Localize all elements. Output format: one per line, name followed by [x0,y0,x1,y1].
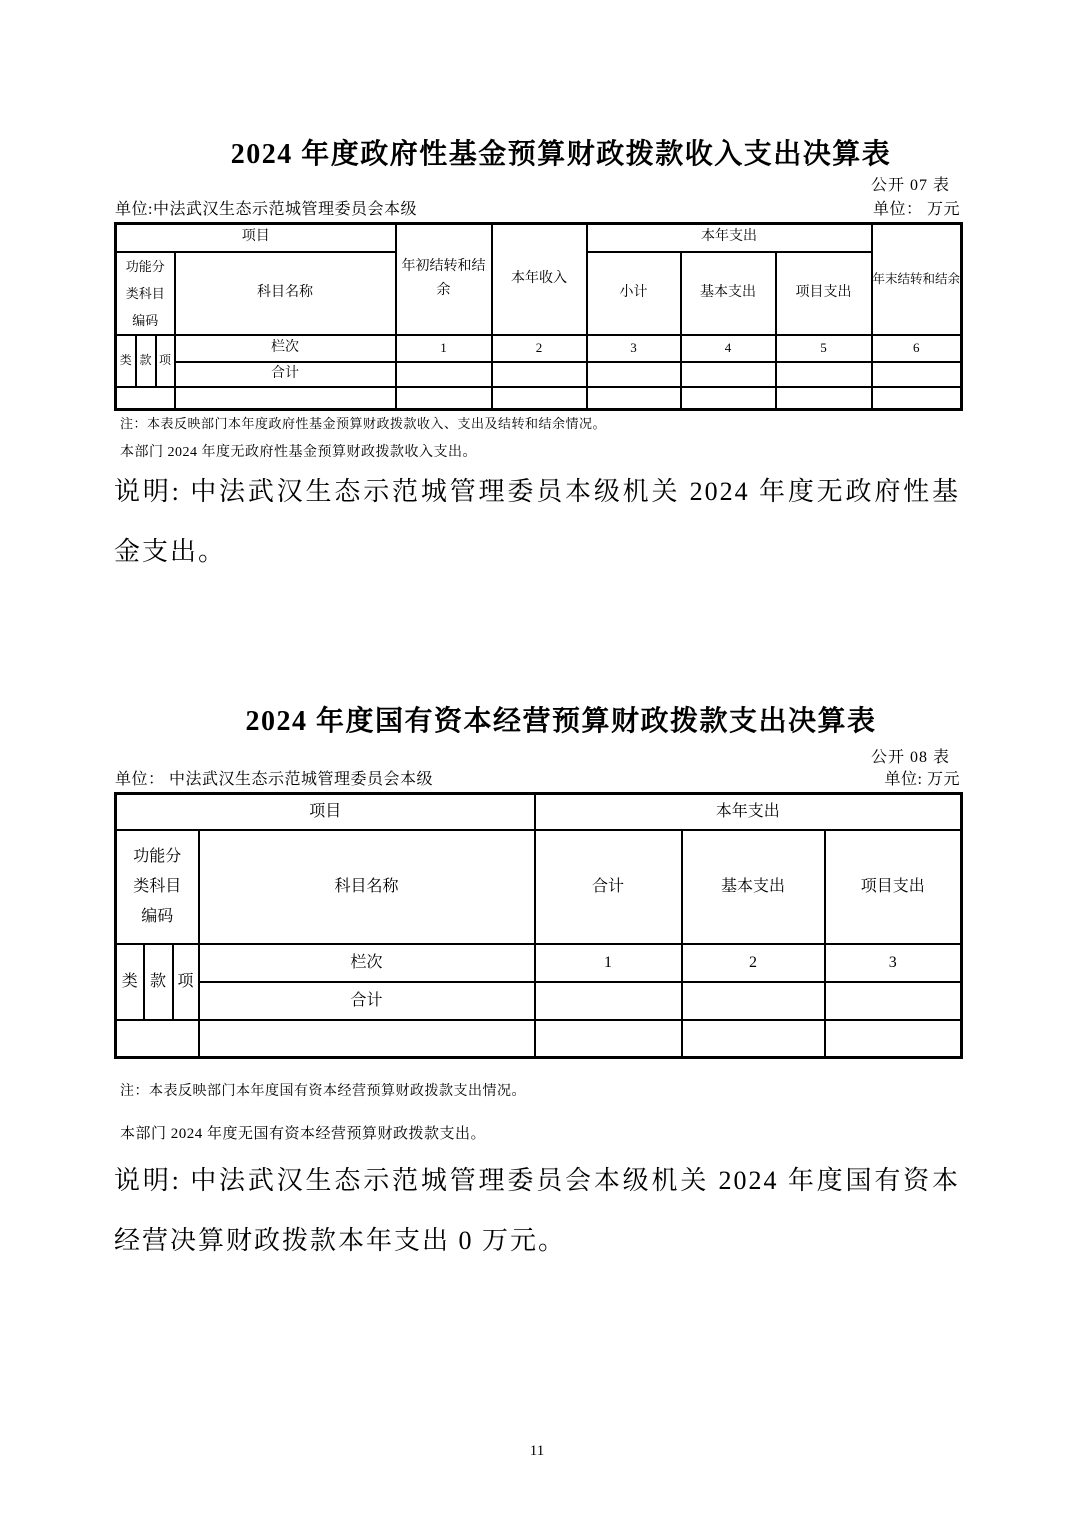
t2-statement: 说明: 中法武汉生态示范城管理委员会本级机关 2024 年度国有资本 经营决算财… [114,1151,960,1271]
currency-unit-label-2: 单位: 万元 [885,766,960,789]
t2-lanci-row: 类 款 项 栏次 1 2 3 [116,944,962,982]
t1-empty-cell-2 [492,387,587,410]
t2-header-basic-expense: 基本支出 [682,830,825,944]
t1-header-subtotal: 小计 [587,252,681,335]
gov-fund-budget-table: 项目 年初结转和结余 本年收入 本年支出 年末结转和结余 功能分类科目编码 科目… [114,222,963,411]
t1-empty-cell-3 [587,387,681,410]
t1-header-year-income: 本年收入 [492,224,587,335]
t2-statement-line-2: 经营决算财政拨款本年支出 0 万元。 [114,1211,960,1271]
t2-header-row-2: 功能分类科目编码 科目名称 合计 基本支出 项目支出 [116,830,962,944]
t1-header-end-balance: 年末结转和结余 [872,224,962,335]
t1-header-project: 项目 [116,224,396,252]
t2-empty-row [116,1020,962,1058]
t1-header-basic-expense: 基本支出 [681,252,776,335]
t1-header-begin-balance: 年初结转和结余 [396,224,492,335]
t2-header-year-expense: 本年支出 [535,794,962,830]
t1-empty-cell-5 [776,387,872,410]
t1-empty-cell-6 [872,387,962,410]
t2-empty-code-cell [116,1020,199,1058]
t1-empty-row [116,387,962,410]
t1-col-item: 项 [156,335,175,387]
t2-total-label: 合计 [199,982,535,1020]
t1-total-cell-3 [587,362,681,387]
t2-total-cell-2 [682,982,825,1020]
t2-header-total: 合计 [535,830,682,944]
t1-empty-name-cell [175,387,396,410]
report-title-state-capital: 2024 年度国有资本经营预算财政拨款支出决算表 [24,699,1074,739]
t1-header-row-1: 项目 年初结转和结余 本年收入 本年支出 年末结转和结余 [116,224,962,252]
t1-col-num-3: 3 [587,335,681,362]
table-number-label-08: 公开 08 表 [871,744,950,767]
t1-col-section: 款 [136,335,156,387]
t1-col-class: 类 [116,335,136,387]
t1-note-2: 本部门 2024 年度无政府性基金预算财政拨款收入支出。 [120,441,477,461]
t2-col-item: 项 [173,944,199,1020]
t1-total-cell-4 [681,362,776,387]
t2-col-section: 款 [144,944,173,1020]
t1-col-num-1: 1 [396,335,492,362]
t1-total-cell-2 [492,362,587,387]
t2-total-cell-3 [825,982,962,1020]
t1-note-1: 注：本表反映部门本年度政府性基金预算财政拨款收入、支出及结转和结余情况。 [120,413,606,432]
t1-statement: 说明: 中法武汉生态示范城管理委员本级机关 2024 年度无政府性基 金支出。 [114,462,960,582]
t1-header-project-expense: 项目支出 [776,252,872,335]
t2-note-1: 注：本表反映部门本年度国有资本经营预算财政拨款支出情况。 [120,1080,526,1100]
t2-empty-cell-3 [825,1020,962,1058]
t2-header-row-1: 项目 本年支出 [116,794,962,830]
t1-statement-line-2: 金支出。 [114,522,960,582]
org-unit-label-2: 单位： 中法武汉生态示范城管理委员会本级 [115,766,433,789]
t1-total-cell-5 [776,362,872,387]
t2-header-subject-name: 科目名称 [199,830,535,944]
t1-col-num-5: 5 [776,335,872,362]
t1-total-label: 合计 [175,362,396,387]
t2-col-class: 类 [116,944,144,1020]
document-page: 2024 年度政府性基金预算财政拨款收入支出决算表 公开 07 表 单位:中法武… [0,0,1074,1520]
currency-unit-label-1: 单位： 万元 [873,196,960,219]
t2-col-num-1: 1 [535,944,682,982]
t2-lanci-label: 栏次 [199,944,535,982]
t2-col-num-2: 2 [682,944,825,982]
t2-empty-cell-2 [682,1020,825,1058]
t2-col-num-3: 3 [825,944,962,982]
t1-lanci-label: 栏次 [175,335,396,362]
t1-col-num-4: 4 [681,335,776,362]
t1-col-num-2: 2 [492,335,587,362]
report-title-gov-fund: 2024 年度政府性基金预算财政拨款收入支出决算表 [24,132,1074,172]
t1-total-cell-1 [396,362,492,387]
state-capital-budget-table: 项目 本年支出 功能分类科目编码 科目名称 合计 基本支出 项目支出 类 款 项… [114,792,963,1059]
t1-total-row: 合计 [116,362,962,387]
t2-header-project-expense: 项目支出 [825,830,962,944]
t1-header-func-code: 功能分类科目编码 [116,252,175,335]
t1-header-subject-name: 科目名称 [175,252,396,335]
t2-total-cell-1 [535,982,682,1020]
t1-empty-code-cell [116,387,175,410]
t1-empty-cell-1 [396,387,492,410]
t1-header-year-expense: 本年支出 [587,224,872,252]
table-number-label-07: 公开 07 表 [871,172,950,195]
t2-total-row: 合计 [116,982,962,1020]
page-number: 11 [0,1443,1074,1460]
t2-empty-name-cell [199,1020,535,1058]
t2-statement-line-1: 说明: 中法武汉生态示范城管理委员会本级机关 2024 年度国有资本 [114,1151,960,1211]
t1-lanci-row: 类 款 项 栏次 1 2 3 4 5 6 [116,335,962,362]
unit-row-2: 单位： 中法武汉生态示范城管理委员会本级 单位: 万元 [115,766,960,789]
t1-statement-line-1: 说明: 中法武汉生态示范城管理委员本级机关 2024 年度无政府性基 [114,462,960,522]
org-unit-label-1: 单位:中法武汉生态示范城管理委员会本级 [115,196,417,219]
t1-empty-cell-4 [681,387,776,410]
t1-total-cell-6 [872,362,962,387]
t2-empty-cell-1 [535,1020,682,1058]
t1-col-num-6: 6 [872,335,962,362]
unit-row-1: 单位:中法武汉生态示范城管理委员会本级 单位： 万元 [115,196,960,219]
t2-header-func-code: 功能分类科目编码 [116,830,199,944]
t2-header-project: 项目 [116,794,535,830]
t2-note-2: 本部门 2024 年度无国有资本经营预算财政拨款支出。 [120,1122,486,1143]
